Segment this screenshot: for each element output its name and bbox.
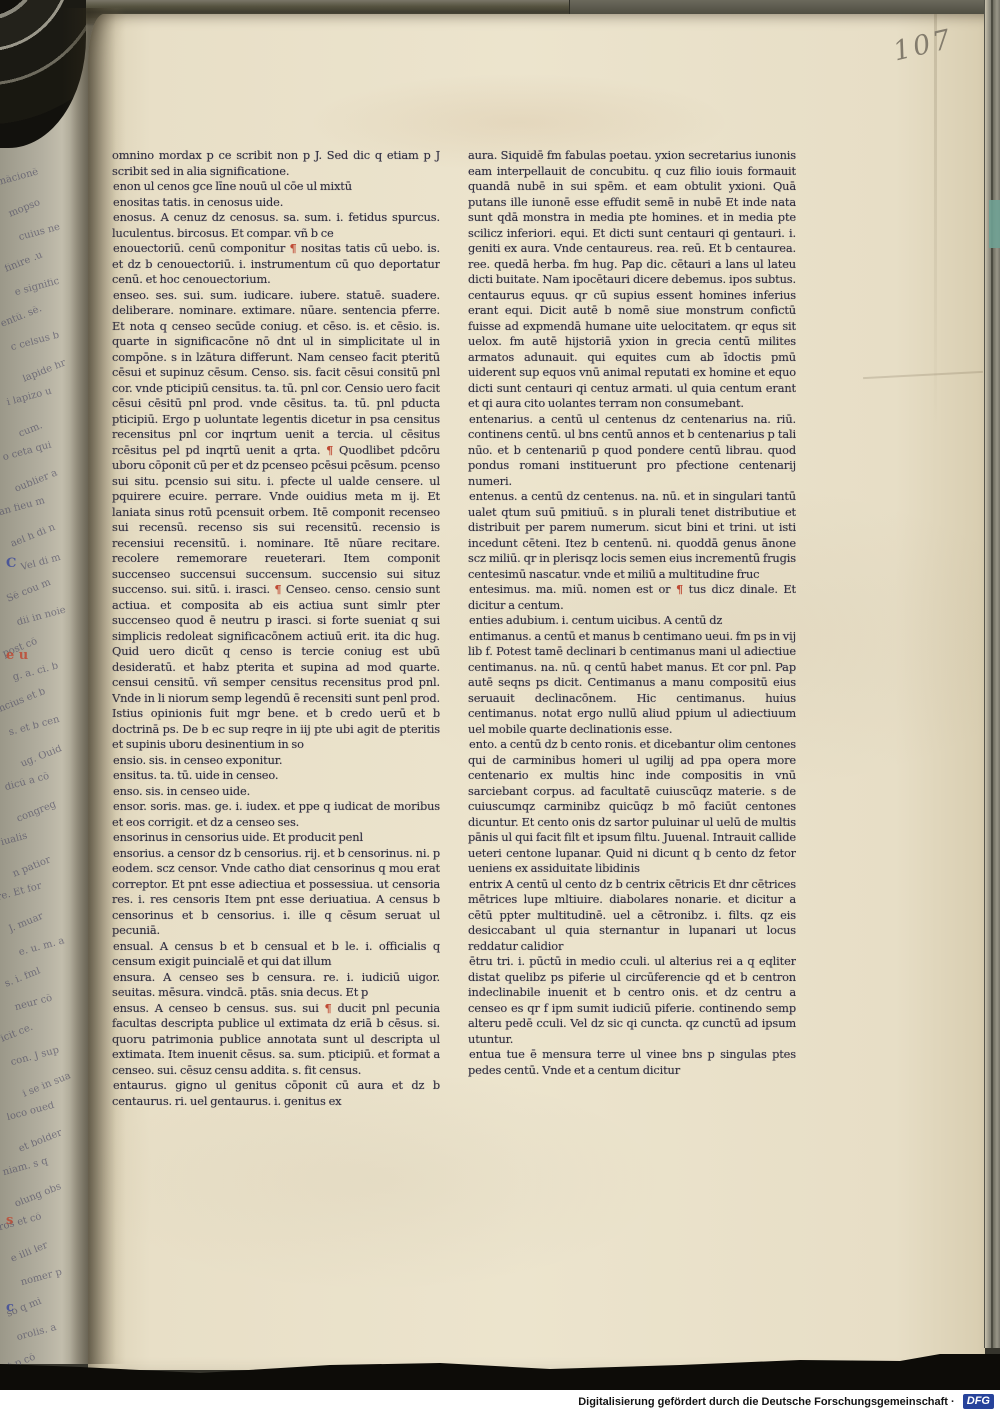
facing-page-text-fragment: i se in sua: [21, 1066, 84, 1099]
facing-page-text-fragment: s. et b cen: [8, 712, 72, 738]
manuscript-page: 107 omnino mordax p ce scribit non p J. …: [88, 14, 985, 1370]
dictionary-entry: Centenarius. a centū ul centenus dz cent…: [468, 412, 796, 490]
dictionary-entry: Censeo. ses. sui. sum. iudicare. iubere.…: [112, 288, 440, 753]
facing-page-text-fragment: e illi ler: [9, 1231, 72, 1264]
facing-page-text-fragment: e. u. m. a: [18, 932, 82, 958]
facing-page-text-fragment: i lapizo u: [6, 382, 70, 408]
manuscript-scan: mācionēmopsocuius nefinire .ue significe…: [0, 0, 1000, 1415]
pilcrow-mark: ¶: [326, 443, 333, 457]
facing-page-text-fragment: olung obs: [13, 1176, 76, 1209]
dictionary-entry: Censual. A census b et b censual et b le…: [112, 939, 440, 970]
dictionary-entry: Cenositas tatis. in cenosus uide.: [112, 195, 440, 211]
dictionary-entry: Censio. sis. in censeo exponitur.: [112, 753, 440, 769]
facing-page-text-fragment: iualis: [0, 822, 64, 848]
facing-page-text-fragment: niam. s q: [2, 1152, 66, 1178]
page-crease-vertical: [934, 14, 937, 434]
facing-page-text-fragment: et bolder: [17, 1121, 80, 1154]
facing-page-text-fragment: ael h di n: [9, 516, 72, 549]
text-column-right: aura. Siquidē fm fabulas poetau. yxion s…: [468, 148, 796, 1120]
dictionary-entry: Censor. soris. mas. ge. i. iudex. et ppe…: [112, 799, 440, 830]
facing-page-text-fragment: J. muar: [7, 901, 70, 934]
facing-page-text-fragment: mopso: [7, 186, 70, 219]
facing-page-text-fragment: dii in noie: [16, 602, 80, 628]
facing-page-text-fragment: cum.: [17, 406, 80, 439]
dictionary-entry: Censorinus in censorius uide. Et produci…: [112, 830, 440, 846]
facing-page-text-fragment: con. J sup: [10, 1042, 74, 1068]
facing-page-text-fragment: orolis. a: [16, 1317, 80, 1343]
facing-page-text-fragment: Vel di m: [20, 547, 84, 573]
facing-page-text-fragment: an fieu m: [0, 492, 62, 518]
facing-page-text-fragment: lapide hr: [21, 351, 84, 384]
dictionary-entry: aura. Siquidē fm fabulas poetau. yxion s…: [468, 148, 796, 412]
facing-page-text-fragment: o ceta qui: [2, 437, 66, 463]
facing-page-text-fragment: re. Et for: [0, 877, 60, 903]
dictionary-entry: Censitus. ta. tū. uide in censeo.: [112, 768, 440, 784]
facing-page-text-fragment: oublier a: [13, 461, 76, 494]
dictionary-entry: Centimanus. a centū et manus b centimano…: [468, 629, 796, 738]
facing-page-text-fragment: cuius ne: [18, 217, 82, 243]
dictionary-entry: Cētru tri. i. pūctū in medio cculi. ul a…: [468, 954, 796, 1047]
dictionary-entry: Cento. a centū dz b cento ronis. et dice…: [468, 737, 796, 877]
facing-page-text-fragment: n patior: [11, 846, 74, 879]
dfg-logo: DFG: [963, 1394, 994, 1409]
facing-page-text-fragment: icit ce.: [0, 1011, 63, 1044]
facing-page-text-fragment: ncius et b: [0, 681, 61, 714]
facing-page-text-fragment: congreg: [15, 791, 78, 824]
dictionary-entry: Centua tue ē mensura terre ul vinee bns …: [468, 1047, 796, 1078]
dictionary-entry: Census. A censeo b census. sus. sui ¶ du…: [112, 1001, 440, 1079]
dictionary-entry: Censura. A censeo ses b censura. re. i. …: [112, 970, 440, 1001]
dictionary-entry: Censo. sis. in censeo uide.: [112, 784, 440, 800]
dictionary-entry: Centies adubium. i. centum uicibus. A ce…: [468, 613, 796, 629]
facing-page-text-fragment: finire .u: [3, 241, 66, 274]
facing-page-text-fragment: s. i. fml: [3, 956, 66, 989]
digitization-credit: Digitalisierung gefördert durch die Deut…: [578, 1396, 955, 1408]
dictionary-entry: Cenon ul cenos gce līne nouū ul cōe ul m…: [112, 179, 440, 195]
facing-page-colored-mark: C: [6, 556, 16, 571]
right-edge-teal-mark: [989, 200, 1000, 248]
pilcrow-mark: ¶: [290, 241, 297, 255]
dictionary-entry: Cenouectoriū. cenū componitur ¶ nositas …: [112, 241, 440, 288]
facing-page-text-fragment: dicū a cō: [4, 767, 68, 793]
dictionary-entry: Centaurus. gigno ul genitus cōponit cū a…: [112, 1078, 440, 1109]
facing-page-text-fragment: nomer p: [20, 1262, 84, 1288]
right-page-edge: [984, 0, 1000, 1348]
facing-page-text-fragment: e signific: [14, 272, 78, 298]
dictionary-entry: Centesimus. ma. miū. nomen est or ¶ tus …: [468, 582, 796, 613]
dictionary-entry: Censorius. a censor dz b censorius. rij.…: [112, 846, 440, 939]
facing-page-colored-mark: c: [6, 1300, 14, 1315]
facing-page-text-fragment: so q mi: [5, 1286, 68, 1319]
facing-page-text-fragment: neur cō: [14, 987, 78, 1013]
folio-number: 107: [890, 24, 956, 68]
pilcrow-mark: ¶: [676, 582, 683, 596]
facing-page-colored-mark: s: [6, 1213, 13, 1228]
facing-page-edge: mācionēmopsocuius nefinire .ue significe…: [0, 8, 100, 1364]
footer-bar: Digitalisierung gefördert durch die Deut…: [0, 1390, 1000, 1415]
facing-page-colored-mark: e u: [6, 648, 28, 663]
pilcrow-mark: ¶: [325, 1001, 332, 1015]
dictionary-entry: Centrix A centū ul cento dz b centrix cē…: [468, 877, 796, 955]
facing-page-text-fragment: entū. sē.: [0, 296, 63, 329]
page-crease-horizontal: [863, 371, 983, 379]
facing-page-text-fragment: ug. Ouid: [19, 736, 82, 769]
dictionary-entry: omnino mordax p ce scribit non p J. Sed …: [112, 148, 440, 179]
dictionary-entry: Centenus. a centū dz centenus. na. nū. e…: [468, 489, 796, 582]
facing-page-text-fragment: loco oued: [6, 1097, 70, 1123]
pilcrow-mark: ¶: [274, 582, 281, 596]
facing-page-text-fragment: c celsus b: [10, 327, 74, 353]
dictionary-entry: Cenosus. A cenuz dz cenosus. sa. sum. i.…: [112, 210, 440, 241]
text-column-left: omnino mordax p ce scribit non p J. Sed …: [112, 148, 440, 1120]
facing-page-text-fragment: Sē cou m: [5, 571, 68, 604]
facing-page-text-fragment: mācionē: [0, 162, 60, 188]
